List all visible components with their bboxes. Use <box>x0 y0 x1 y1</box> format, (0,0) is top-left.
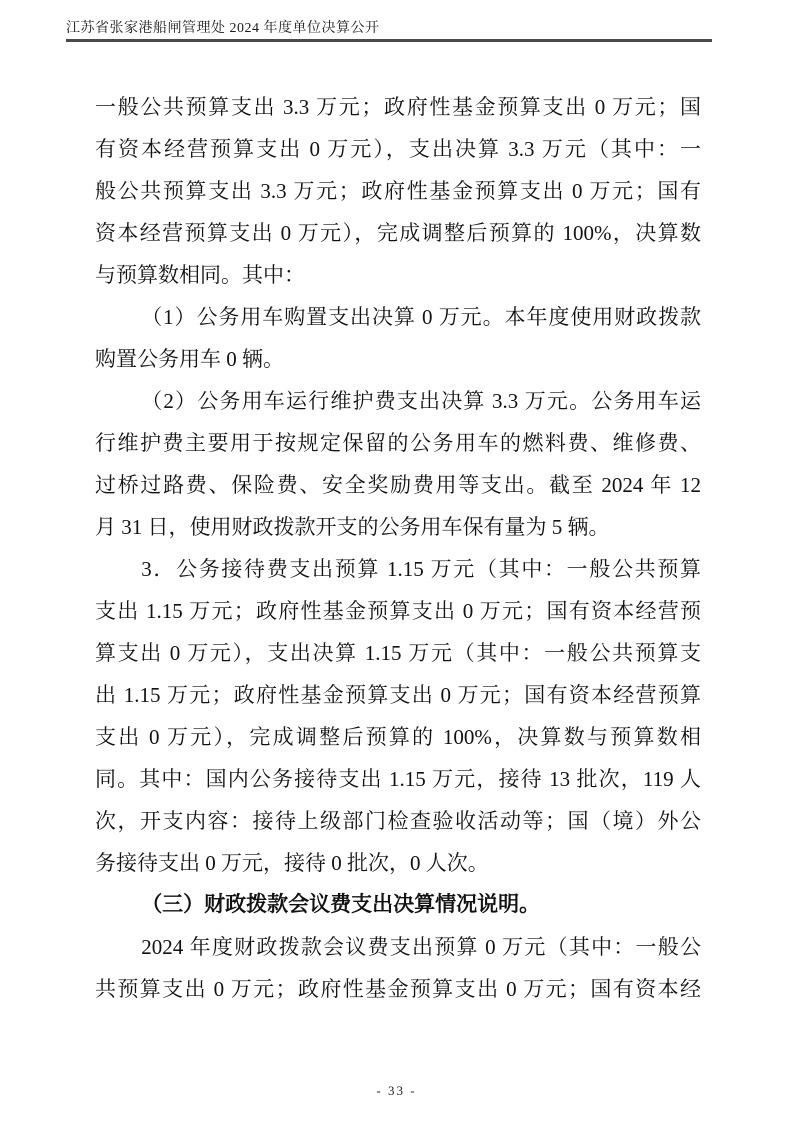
text-line: 月 31 日，使用财政拨款开支的公务用车保有量为 5 辆。 <box>95 506 701 548</box>
text-line: （2）公务用车运行维护费支出决算 3.3 万元。公务用车运 <box>95 380 701 422</box>
page-number: - 33 - <box>0 1083 793 1099</box>
text-line: 与预算数相同。其中： <box>95 254 701 296</box>
text-line: 算支出 0 万元），支出决算 1.15 万元（其中：一般公共预算支 <box>95 632 701 674</box>
text-line: 出 1.15 万元；政府性基金预算支出 0 万元；国有资本经营预算 <box>95 674 701 716</box>
document-body: 一般公共预算支出 3.3 万元；政府性基金预算支出 0 万元；国有资本经营预算支… <box>95 86 701 1010</box>
page-header-title: 江苏省张家港船闸管理处 2024 年度单位决算公开 <box>66 17 380 37</box>
text-line: 一般公共预算支出 3.3 万元；政府性基金预算支出 0 万元；国 <box>95 86 701 128</box>
text-line: 有资本经营预算支出 0 万元），支出决算 3.3 万元（其中：一 <box>95 128 701 170</box>
text-line: 务接待支出 0 万元，接待 0 批次，0 人次。 <box>95 842 701 884</box>
text-line: （1）公务用车购置支出决算 0 万元。本年度使用财政拨款 <box>95 296 701 338</box>
text-line: 支出 1.15 万元；政府性基金预算支出 0 万元；国有资本经营预 <box>95 590 701 632</box>
text-line: 共预算支出 0 万元；政府性基金预算支出 0 万元；国有资本经 <box>95 968 701 1010</box>
section-heading-line: （三）财政拨款会议费支出决算情况说明。 <box>95 884 701 926</box>
text-line: 3．公务接待费支出预算 1.15 万元（其中：一般公共预算 <box>95 548 701 590</box>
document-page: 江苏省张家港船闸管理处 2024 年度单位决算公开 一般公共预算支出 3.3 万… <box>0 0 793 1122</box>
text-line: 2024 年度财政拨款会议费支出预算 0 万元（其中：一般公 <box>95 926 701 968</box>
text-line: 过桥过路费、保险费、安全奖励费用等支出。截至 2024 年 12 <box>95 464 701 506</box>
text-line: 购置公务用车 0 辆。 <box>95 338 701 380</box>
text-line: 行维护费主要用于按规定保留的公务用车的燃料费、维修费、 <box>95 422 701 464</box>
header-rule <box>66 39 712 42</box>
text-line: 般公共预算支出 3.3 万元；政府性基金预算支出 0 万元；国有 <box>95 170 701 212</box>
text-line: 资本经营预算支出 0 万元），完成调整后预算的 100%，决算数 <box>95 212 701 254</box>
text-line: 支出 0 万元），完成调整后预算的 100%，决算数与预算数相 <box>95 716 701 758</box>
text-line: 次，开支内容：接待上级部门检查验收活动等；国（境）外公 <box>95 800 701 842</box>
text-line: 同。其中：国内公务接待支出 1.15 万元，接待 13 批次，119 人 <box>95 758 701 800</box>
